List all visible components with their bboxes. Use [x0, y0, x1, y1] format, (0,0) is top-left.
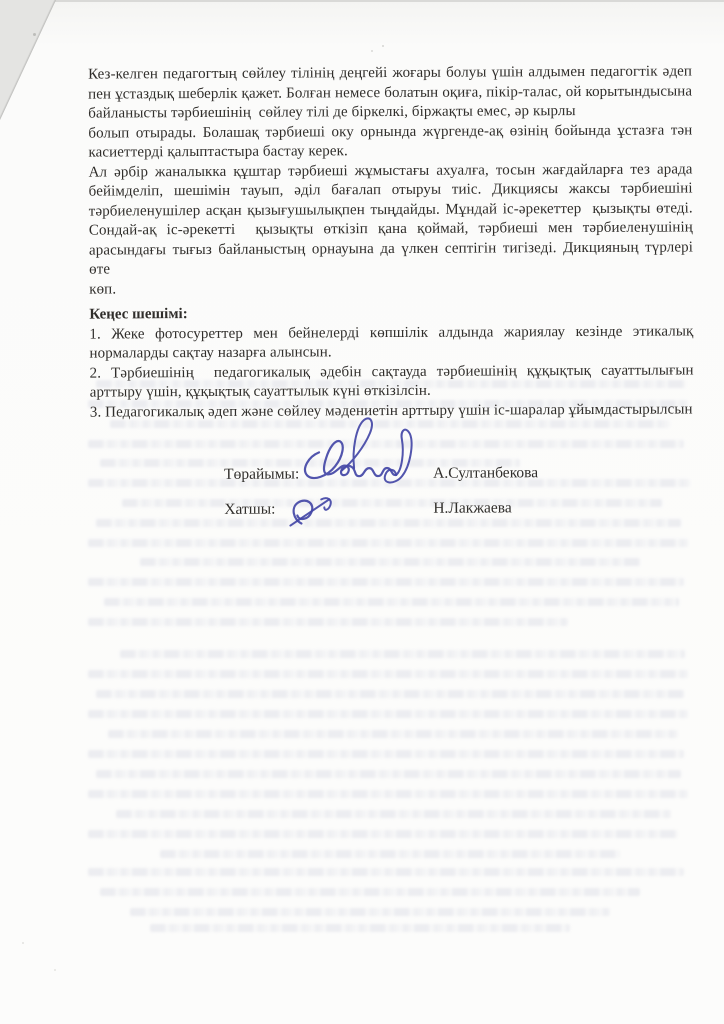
scanned-page: Кез-келген педагогтың сөйлеу тілінің дең…	[0, 0, 724, 1024]
scan-speck	[22, 942, 24, 944]
bleedthrough-line	[88, 539, 688, 547]
bleedthrough-line	[88, 750, 684, 758]
text-line: 2. Тәрбиешінің педагогикалық әдебін сақт…	[90, 361, 694, 384]
paragraph: 1. Жеке фотосуреттер мен бейнелерді көпш…	[89, 322, 693, 364]
bleedthrough-line	[88, 830, 678, 838]
bleedthrough-line	[104, 598, 679, 606]
bleedthrough-line	[88, 618, 568, 626]
bleedthrough-line	[120, 650, 685, 658]
bleedthrough-line	[88, 790, 688, 798]
bleedthrough-line	[88, 670, 688, 678]
text-line: Сондай-ақ іс-әрекетті қызықты өткізіп қа…	[89, 218, 693, 241]
bleedthrough-line	[100, 888, 640, 896]
bleedthrough-line	[140, 558, 640, 566]
signature-ink-chairwoman	[295, 414, 419, 489]
paragraph: 3. Педагогикалық әдеп және сөйлеу мәдени…	[90, 400, 694, 423]
bleedthrough-line	[150, 924, 570, 932]
text-line: бейімделіп, шешімін тауып, әділ бағалап …	[89, 179, 693, 202]
scan-top-edge	[0, 0, 724, 2]
bleedthrough-line	[160, 850, 620, 858]
text-line: арасындағы тығыз байланыстың орнауына да…	[89, 238, 693, 280]
text-line: 1. Жеке фотосуреттер мен бейнелерді көпш…	[89, 322, 693, 345]
signature-row-chairwoman: Төрайымы: А.Султанбекова	[90, 463, 694, 486]
signatory-name: Н.Лакжаева	[433, 499, 512, 517]
paragraph: Ал әрбір жаналыкка құштар тәрбиеші жұмыс…	[89, 160, 694, 300]
text-line: болып отырады. Болашақ тәрбиеші оку орны…	[88, 121, 692, 144]
text-line: көп.	[89, 277, 693, 300]
paragraph: 2. Тәрбиешінің педагогикалық әдебін сақт…	[90, 361, 694, 403]
bleedthrough-line	[96, 690, 684, 698]
signatory-name: А.Султанбекова	[433, 464, 538, 483]
bleedthrough-line	[88, 578, 684, 586]
paper-corner-edge	[0, 0, 56, 120]
bleedthrough-line	[88, 868, 684, 876]
paragraph: Кез-келген педагогтың сөйлеу тілінің дең…	[88, 62, 693, 163]
scan-speck	[371, 50, 373, 52]
text-line: пен ұстаздық шеберлік қажет. Болған неме…	[88, 82, 692, 105]
text-line: 3. Педагогикалық әдеп және сөйлеу мәдени…	[90, 400, 694, 423]
bleedthrough-line	[116, 810, 671, 818]
signature-role-label: Төрайымы:	[224, 465, 299, 483]
scan-speck	[54, 969, 56, 971]
signature-ink-secretary	[286, 492, 342, 530]
bleedthrough-line	[108, 730, 678, 738]
text-line: Кез-келген педагогтың сөйлеу тілінің дең…	[88, 62, 692, 85]
document-body: Кез-келген педагогтың сөйлеу тілінің дең…	[88, 62, 694, 536]
signature-block: Төрайымы: А.Султанбекова Хатшы: Н.Лакжае…	[90, 463, 694, 521]
bleedthrough-line	[96, 770, 681, 778]
signature-row-secretary: Хатшы: Н.Лакжаева	[90, 498, 694, 521]
body-paragraphs: Кез-келген педагогтың сөйлеу тілінің дең…	[88, 62, 693, 299]
scan-speck	[382, 45, 384, 47]
scan-speck	[33, 33, 36, 36]
bleedthrough-line	[130, 908, 610, 916]
bleedthrough-line	[88, 710, 688, 718]
signature-role-label: Хатшы:	[224, 501, 275, 519]
decision-items: 1. Жеке фотосуреттер мен бейнелерді көпш…	[89, 322, 694, 423]
